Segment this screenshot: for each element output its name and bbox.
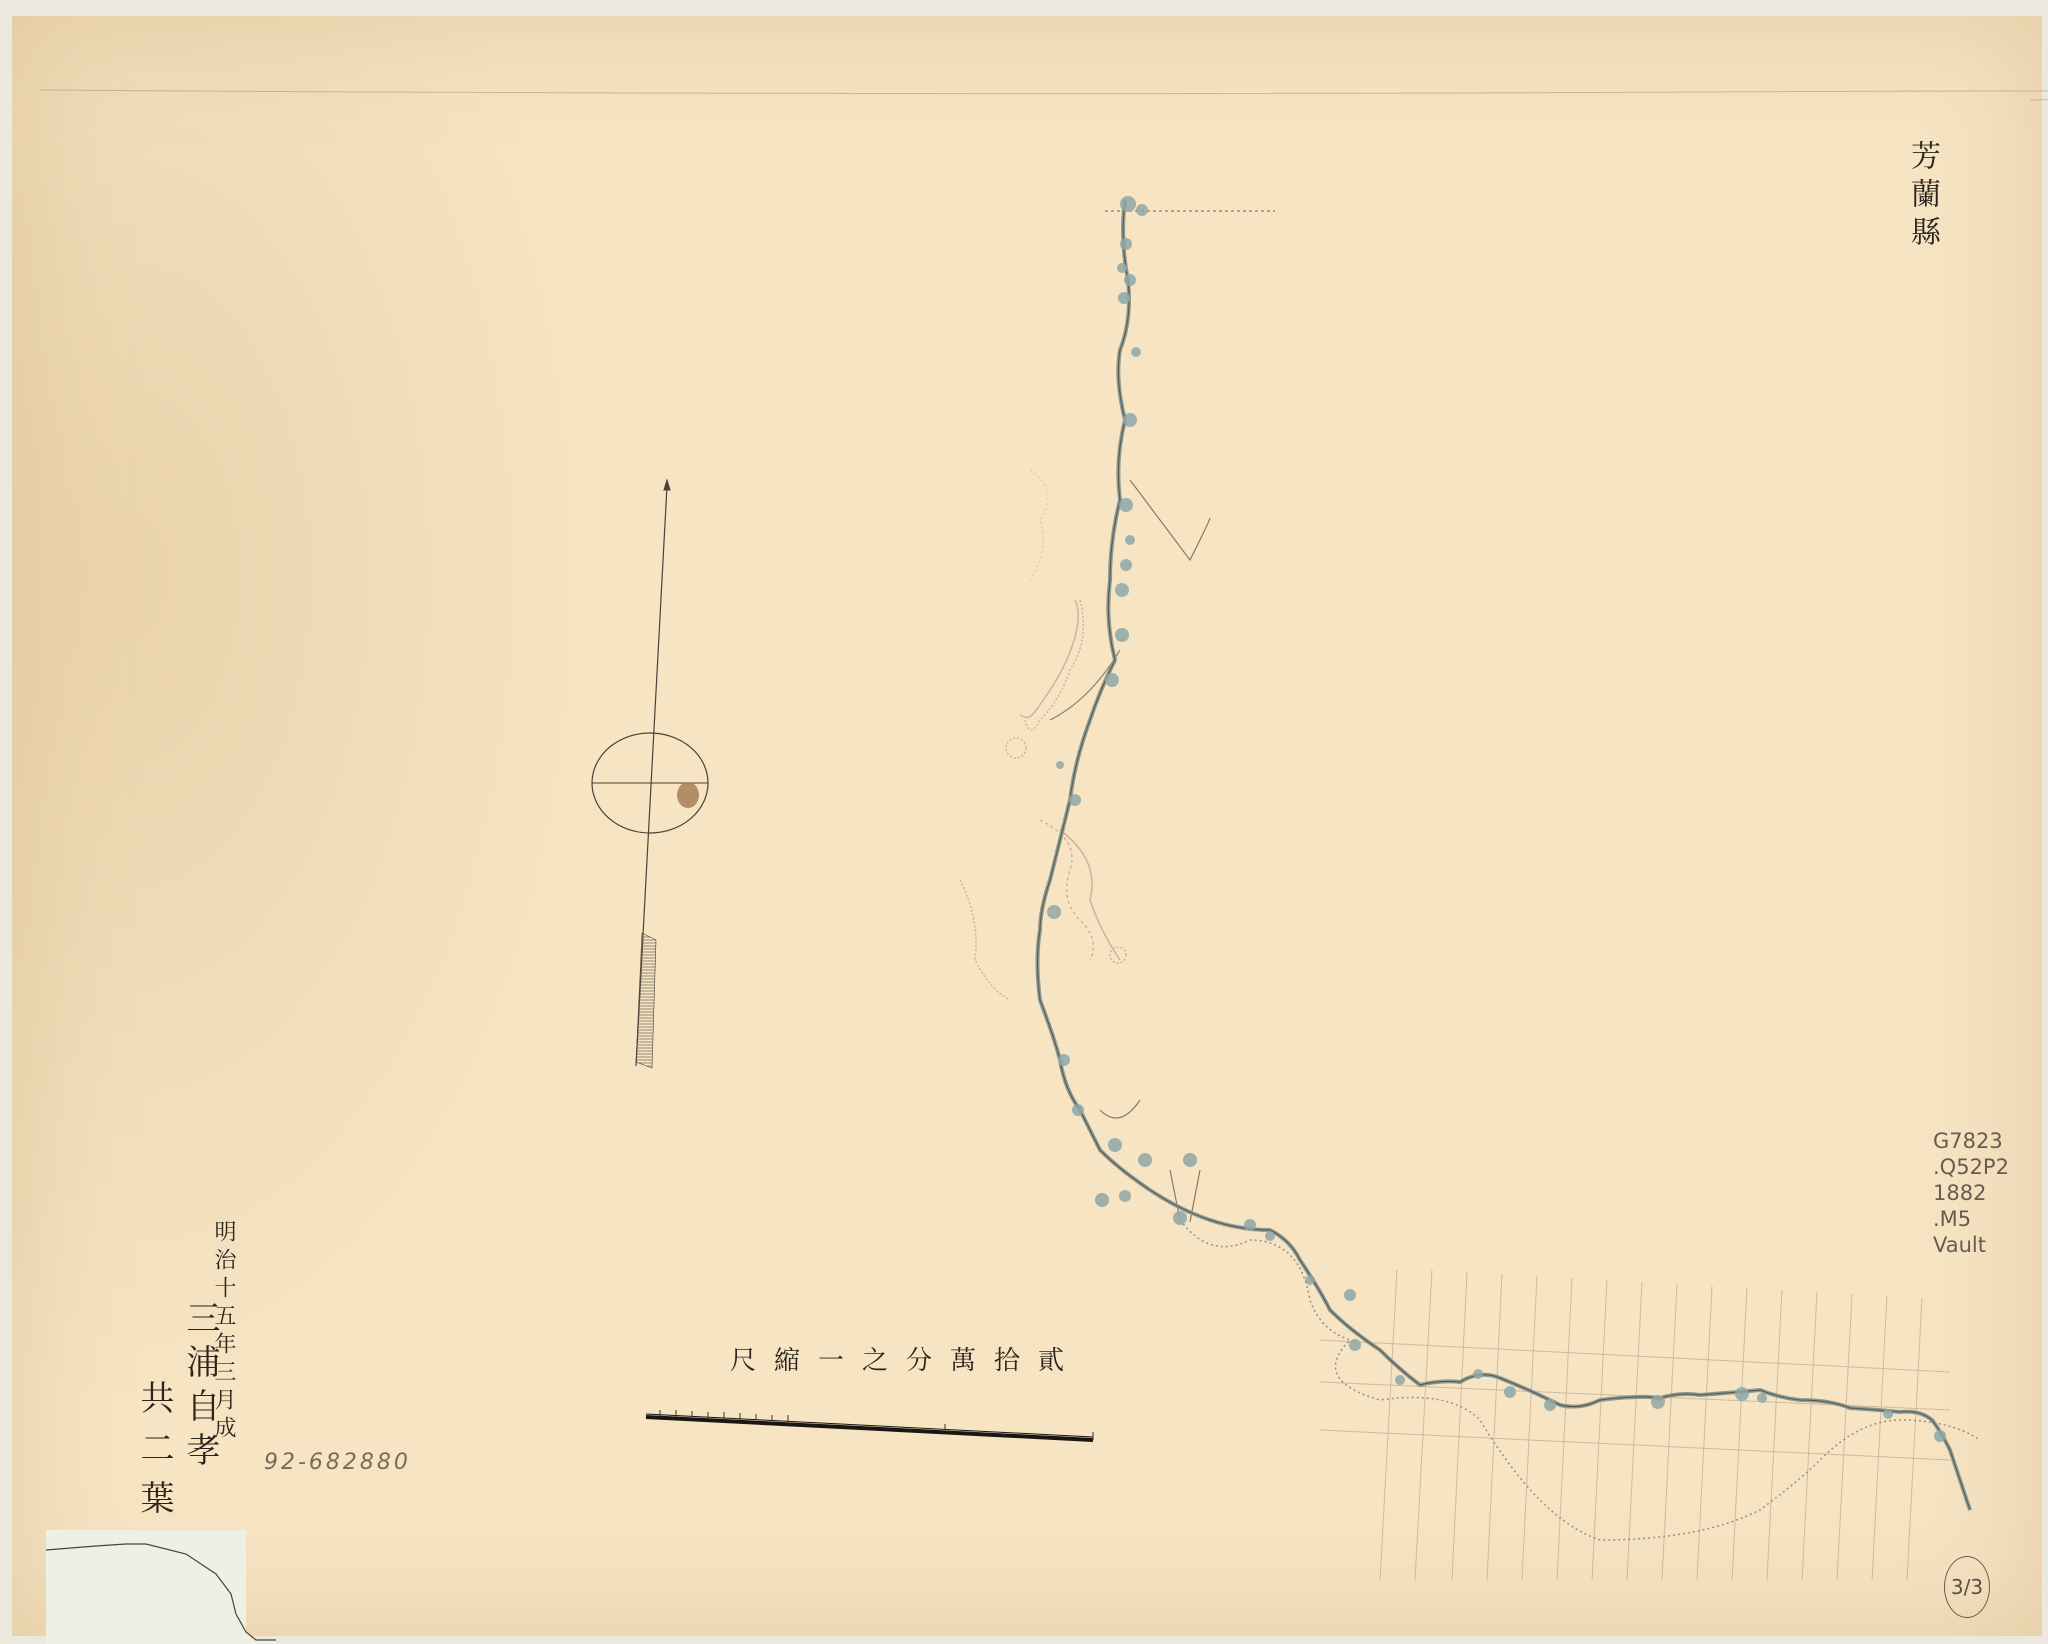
settlement-markers — [1047, 196, 1946, 1442]
region-label: 芳蘭縣 — [1900, 140, 1944, 254]
terrain-hachures — [960, 470, 1126, 1000]
call-number-line: .Q52P2 — [1933, 1154, 2009, 1180]
author-name: 三浦自孝 — [176, 1300, 225, 1476]
map-drawing — [0, 0, 2048, 1644]
torn-edge — [46, 1524, 276, 1644]
call-number-line: Vault — [1933, 1232, 2009, 1258]
call-number-line: .M5 — [1933, 1206, 2009, 1232]
call-number-line: G7823 — [1933, 1128, 2009, 1154]
catalog-number: 92-682880 — [264, 1450, 411, 1475]
ink-stain — [677, 782, 699, 808]
dotted-road — [1180, 1220, 1980, 1540]
scale-title: 貳拾萬分之一縮尺 — [730, 1340, 1082, 1377]
call-number-line: 1882 — [1933, 1180, 2009, 1206]
pencil-grid — [1320, 1270, 1950, 1580]
call-number: G7823 .Q52P2 1882 .M5 Vault — [1933, 1128, 2009, 1258]
sheet-index: 3/3 — [1944, 1556, 1990, 1618]
river-route — [1038, 200, 1971, 1510]
sheet-count: 共二葉 — [130, 1380, 179, 1530]
scale-bar — [646, 1410, 1093, 1440]
north-arrow — [592, 480, 708, 1068]
